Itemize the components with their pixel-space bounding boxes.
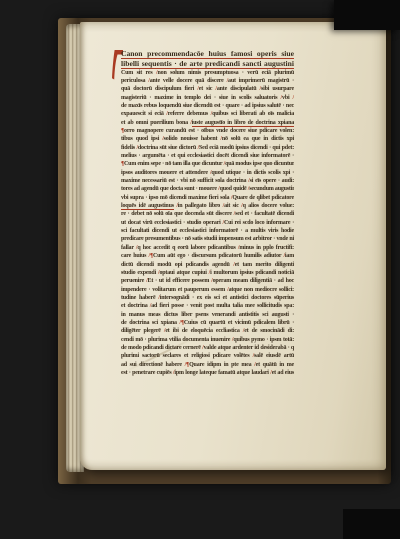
text-line: de modo pdicandi dictare cernerē /valde …	[121, 344, 294, 352]
text-line: periculosa /ante velle docere quā discer…	[121, 77, 294, 85]
text-line: dictū dicendi modū opi pdicandis agendū …	[121, 261, 294, 269]
text-line: fallar /q hoc accedit q eorū labore pdic…	[121, 244, 294, 252]
text-line: est · penetrare cupiēs /ipm longe latequ…	[121, 369, 294, 377]
text-line: loquēs idē augustinus /in pallegato libr…	[121, 202, 294, 210]
text-line: melius · argumēta · et qui ecclesiastici…	[121, 152, 294, 160]
text-line: quā doctorū discipulum fieri /et sic /an…	[121, 85, 294, 93]
text-line: tores ad agendū que docta sunt · mouere …	[121, 185, 294, 193]
text-line: ad sui directionē habere /¶Quare idipm i…	[121, 361, 294, 369]
text-line: impendere · volitarum et pauperum essem …	[121, 286, 294, 294]
text-line: maxime necessariū est · vbi nō sufficit …	[121, 177, 294, 185]
text-line: studio expendi /optaui atque cupiui /i m…	[121, 269, 294, 277]
text-line: ipsos auditores mouere et attendere /quo…	[121, 169, 294, 177]
text-line: care huius /¶Cum aūt ego · discursum pdi…	[121, 252, 294, 260]
text-line: expauescit si eciā /referre debemus /qui…	[121, 110, 294, 118]
text-line: magisteriū · maxime in templo dei · siue…	[121, 94, 294, 102]
text-line: de doctrina sci xpiana /¶Cuius cū quartū…	[121, 319, 294, 327]
text-line: ¶Cum enim sepe · nō tam illa que dicuntu…	[121, 160, 294, 168]
text-line: tibus quod ipsi /solido nouisse habent /…	[121, 135, 294, 143]
text-line: predicare presumentibus · nō satis studi…	[121, 235, 294, 243]
text-line: et doctrina /ad fieri posse · venit post…	[121, 302, 294, 310]
text-line: tudine haberē /intersognādi · ex eis sci…	[121, 294, 294, 302]
text-line: Cum sit res /non solum nimis presumptuos…	[121, 69, 294, 77]
text-line: re · debet nō solū oīa que docenda sūt d…	[121, 210, 294, 218]
text-line: ut docat virū ecclesiastici · studio ope…	[121, 219, 294, 227]
corner-shadow-top-right	[334, 0, 400, 30]
text-line: diligēter plegerē /et ibi de eloquēcia e…	[121, 327, 294, 335]
text-line: fidelis /doctrina sūt siue dictorū /Sed …	[121, 144, 294, 152]
text-line: cendi mō · plurima vtilia documenta inue…	[121, 336, 294, 344]
heading-line: libelli sequentis · de arte predicandi s…	[121, 59, 294, 69]
text-line: sci facultati dicendi ut ecclesiastici i…	[121, 227, 294, 235]
text-line: ¶orro magnopere curandū est · oībus vnde…	[121, 127, 294, 135]
text-line: in manus meas dictus liber psens veneran…	[121, 311, 294, 319]
text-line: et ab omni puerilium bona /iuste augustī…	[121, 119, 294, 127]
text-line: vbi supra · ipso mō dicendi maxime fieri…	[121, 194, 294, 202]
heading-line: Canon precommendacōe huius famosi operis…	[121, 49, 294, 59]
text-line: plurimi sactorū seclares et religiosi pd…	[121, 352, 294, 360]
text-block: Canon precommendacōe huius famosi operis…	[121, 49, 294, 377]
text-line: peruenire /Et · ut id efficere possem /o…	[121, 277, 294, 285]
corner-shadow-bottom-right	[343, 509, 400, 539]
photo-background: Canon precommendacōe huius famosi operis…	[0, 0, 400, 539]
text-line: de maxīs rebus loquendū siue dicendū est…	[121, 102, 294, 110]
